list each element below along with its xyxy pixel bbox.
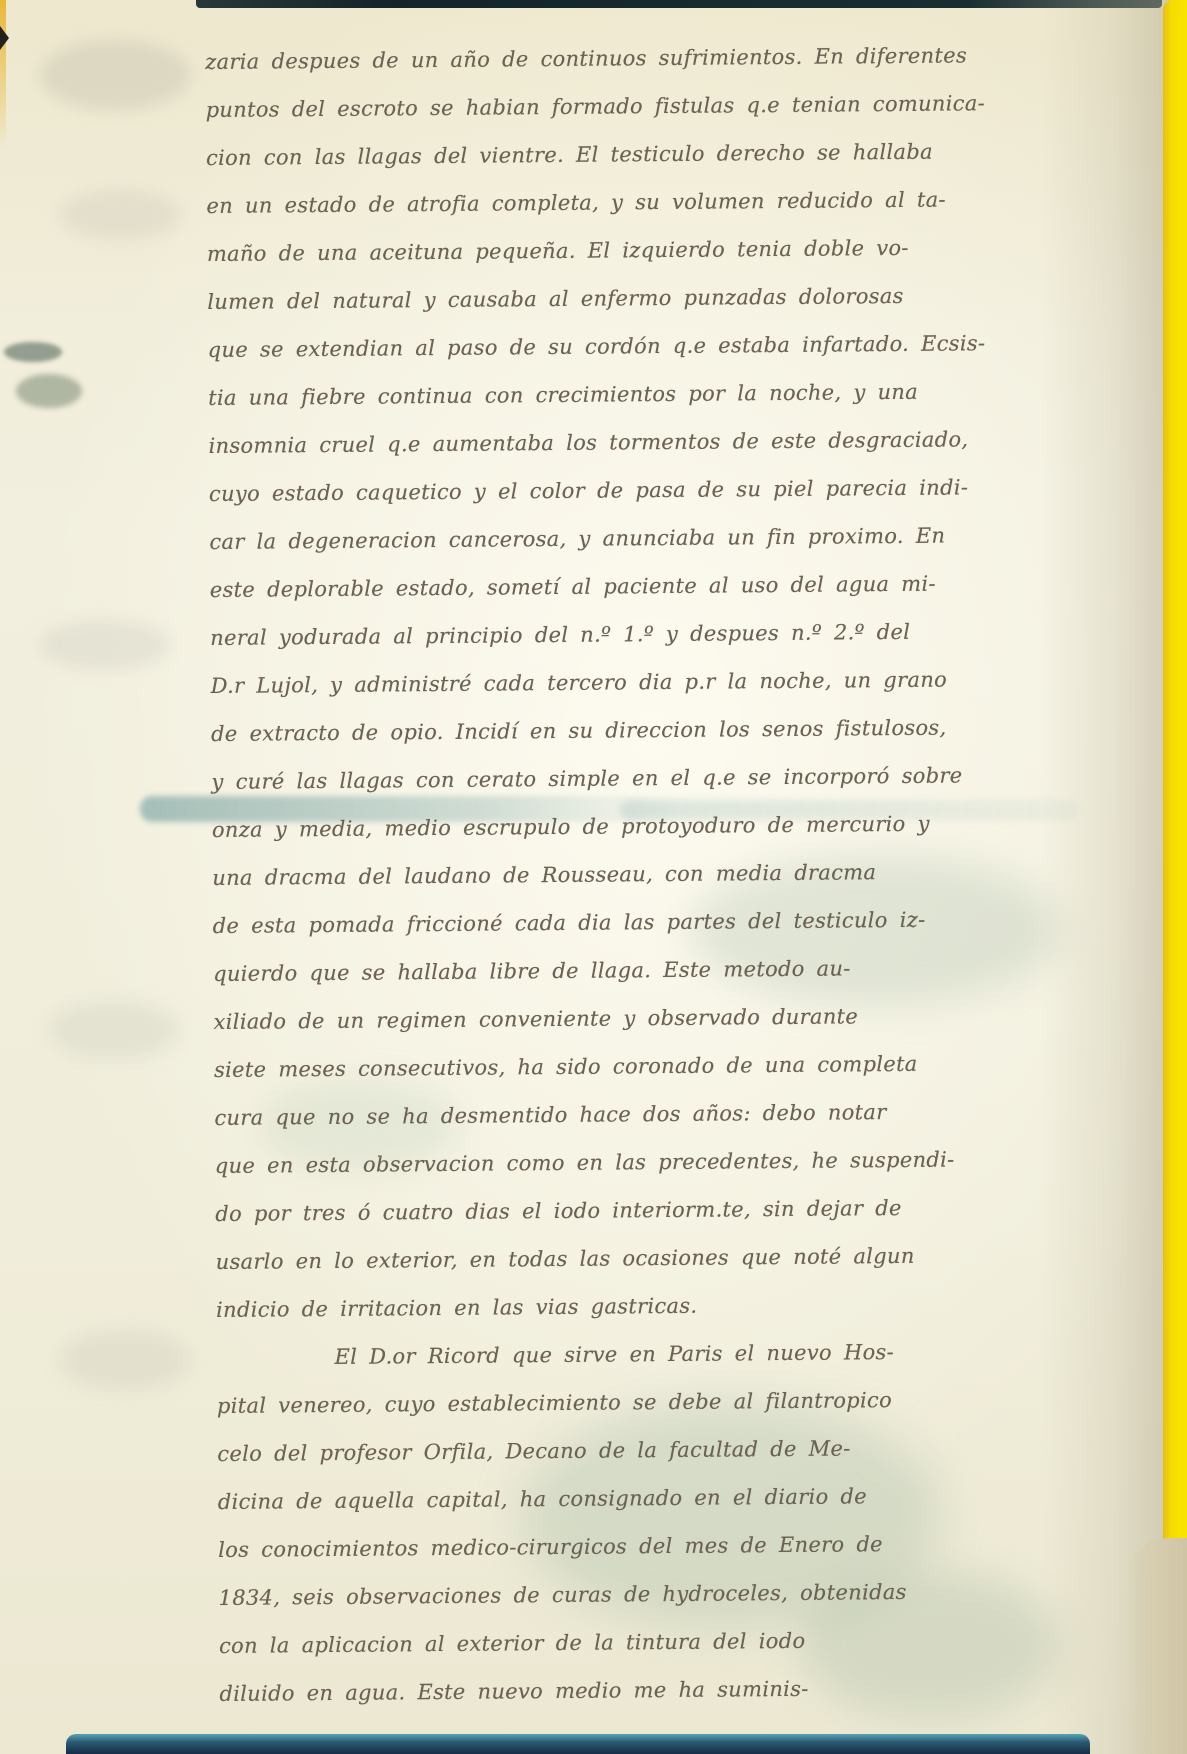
- manuscript-line: y curé las llagas con cerato simple en e…: [211, 750, 1081, 806]
- manuscript-line: insomnia cruel q.e aumentaba los torment…: [208, 414, 1078, 470]
- manuscript-line: do por tres ó cuatro dias el iodo interi…: [215, 1182, 1085, 1238]
- manuscript-line: los conocimientos medico-cirurgicos del …: [218, 1518, 1088, 1574]
- manuscript-line: con la aplicacion al exterior de la tint…: [219, 1614, 1089, 1670]
- manuscript-line: de extracto de opio. Incidí en su direcc…: [211, 702, 1081, 758]
- yellow-bookmark-strip: [1163, 0, 1187, 1558]
- manuscript-line: siete meses consecutivos, ha sido corona…: [214, 1038, 1084, 1094]
- manuscript-line: diluido en agua. Este nuevo medio me ha …: [219, 1662, 1089, 1718]
- ink-bleedthrough-mark: [60, 1330, 190, 1390]
- manuscript-line: cuyo estado caquetico y el color de pasa…: [209, 462, 1079, 518]
- ink-bleedthrough-mark: [60, 190, 180, 240]
- manuscript-line: indicio de irritacion en las vias gastri…: [216, 1278, 1086, 1334]
- manuscript-line: usarlo en lo exterior, en todas las ocas…: [215, 1230, 1085, 1286]
- manuscript-line: este deplorable estado, sometí al pacien…: [210, 558, 1080, 614]
- left-binding-sliver: [0, 0, 6, 150]
- manuscript-line: que en esta observacion como en las prec…: [215, 1134, 1085, 1190]
- manuscript-line: pital venereo, cuyo establecimiento se d…: [217, 1374, 1087, 1430]
- manuscript-line: puntos del escroto se habian formado fis…: [205, 78, 1075, 134]
- manuscript-line: maño de una aceituna pequeña. El izquier…: [207, 222, 1077, 278]
- manuscript-line: cion con las llagas del vientre. El test…: [206, 126, 1076, 182]
- manuscript-line: dicina de aquella capital, ha consignado…: [218, 1470, 1088, 1526]
- manuscript-line: neral yodurada al principio del n.º 1.º …: [210, 606, 1080, 662]
- manuscript-line: car la degeneracion cancerosa, y anuncia…: [209, 510, 1079, 566]
- manuscript-page: zaria despues de un año de continuos suf…: [0, 0, 1187, 1754]
- manuscript-line: zaria despues de un año de continuos suf…: [205, 30, 1075, 86]
- left-edge-mark: [0, 26, 9, 50]
- ink-bleedthrough-mark: [50, 1000, 180, 1060]
- manuscript-line: onza y media, medio escrupulo de protoyo…: [212, 798, 1082, 854]
- manuscript-line: D.r Lujol, y administré cada tercero dia…: [210, 654, 1080, 710]
- manuscript-line: quierdo que se hallaba libre de llaga. E…: [213, 942, 1083, 998]
- manuscript-line: lumen del natural y causaba al enfermo p…: [207, 270, 1077, 326]
- manuscript-line: de esta pomada friccioné cada dia las pa…: [213, 894, 1083, 950]
- manuscript-line: cura que no se ha desmentido hace dos añ…: [214, 1086, 1084, 1142]
- underlying-page-corner: [1128, 1538, 1187, 1754]
- ink-bleedthrough-mark: [40, 40, 190, 110]
- ink-bleedthrough-mark: [40, 620, 170, 670]
- manuscript-line: celo del profesor Orfila, Decano de la f…: [217, 1422, 1087, 1478]
- manuscript-text: zaria despues de un año de continuos suf…: [205, 30, 1090, 1718]
- top-binding-edge: [196, 0, 1162, 8]
- edge-stain: [4, 342, 62, 362]
- bottom-book-edge: [66, 1734, 1090, 1754]
- manuscript-line: en un estado de atrofia completa, y su v…: [206, 174, 1076, 230]
- manuscript-line: tia una fiebre continua con crecimientos…: [208, 366, 1078, 422]
- edge-stain: [16, 374, 82, 408]
- manuscript-line: una dracma del laudano de Rousseau, con …: [212, 846, 1082, 902]
- manuscript-line-paragraph-start: El D.or Ricord que sirve en Paris el nue…: [216, 1326, 1086, 1382]
- manuscript-line: 1834, seis observaciones de curas de hyd…: [218, 1566, 1088, 1622]
- manuscript-line: xiliado de un regimen conveniente y obse…: [213, 990, 1083, 1046]
- manuscript-line: que se extendian al paso de su cordón q.…: [208, 318, 1078, 374]
